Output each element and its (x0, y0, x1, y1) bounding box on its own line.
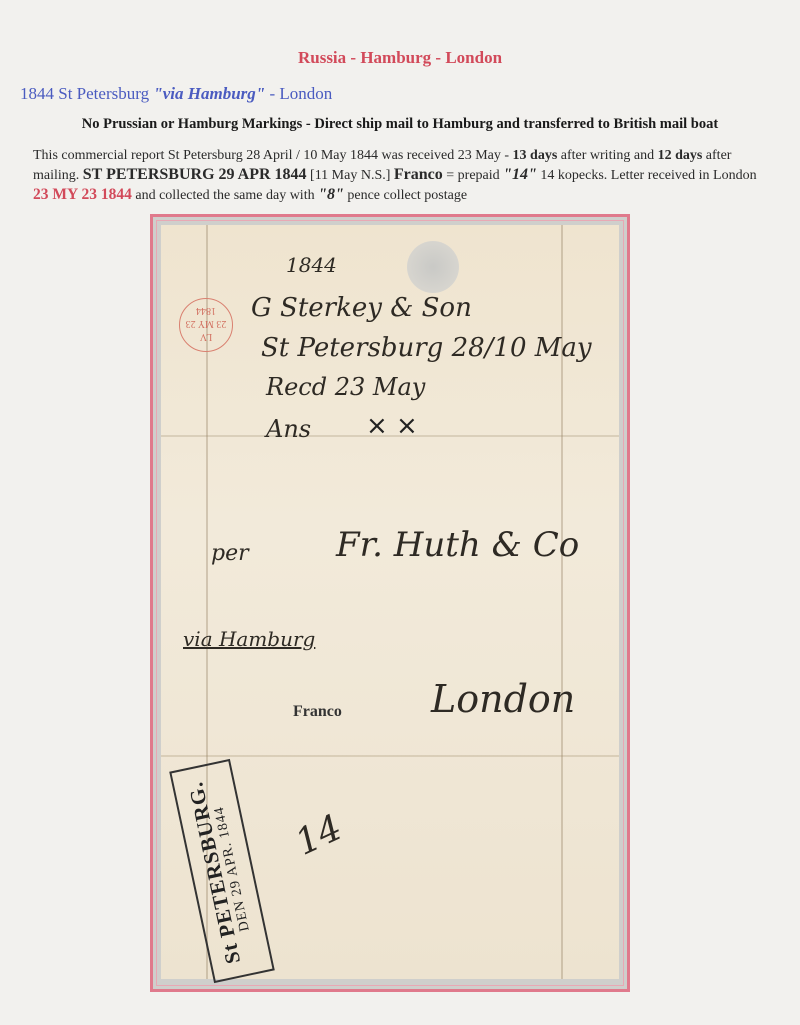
desc-text: [11 May N.S.] (310, 168, 390, 183)
address-via: via Hamburg (183, 627, 315, 651)
description-paragraph: This commercial report St Petersburg 28 … (33, 146, 773, 205)
wax-seal-mark (407, 241, 459, 293)
desc-franco: Franco (394, 166, 443, 183)
franco-stamp: Franco (293, 703, 342, 721)
subtitle-suffix: - London (270, 84, 333, 103)
st-petersburg-box-stamp: St PETERSBURG. DEN 29 APR. 1844 (169, 759, 275, 983)
desc-text: 14 kopecks. Letter received in London (540, 168, 756, 183)
address-name: Fr. Huth & Co (336, 525, 579, 565)
desc-days-mailing: 12 days (658, 148, 703, 163)
desc-text: This commercial report St Petersburg 28 … (33, 148, 509, 163)
docket-year: 1844 (286, 253, 337, 277)
desc-postmark: ST PETERSBURG 29 APR 1844 (83, 166, 307, 183)
desc-days-writing: 13 days (513, 148, 558, 163)
x-marks: × × (366, 411, 418, 441)
desc-text: = prepaid (446, 168, 499, 183)
page-title: Russia - Hamburg - London (0, 48, 800, 68)
red-mark-line: 23 MY 23 (180, 317, 232, 330)
desc-text: pence collect postage (347, 188, 467, 203)
london-receiving-mark: LV 23 MY 23 1844 (179, 298, 233, 352)
fold-line (161, 755, 619, 757)
desc-rate-prepaid: "14" (503, 166, 537, 183)
address-city: London (431, 677, 575, 721)
cover-frame: LV 23 MY 23 1844 1844 G Sterkey & Son St… (150, 214, 630, 992)
box-stamp-text: St PETERSBURG. DEN 29 APR. 1844 (184, 776, 260, 965)
desc-london-mark: 23 MY 23 1844 (33, 186, 132, 203)
red-mark-line: LV (180, 330, 232, 343)
docket-received: Recd 23 May (266, 373, 425, 401)
cover-subtitle: 1844 St Petersburg "via Hamburg" - Londo… (20, 84, 332, 104)
red-mark-line: 1844 (180, 304, 232, 317)
docket-sender: G Sterkey & Son (251, 293, 472, 323)
address-per: per (211, 541, 249, 566)
letter-cover-image: LV 23 MY 23 1844 1844 G Sterkey & Son St… (161, 225, 619, 979)
intro-heading: No Prussian or Hamburg Markings - Direct… (0, 116, 800, 133)
desc-text: and collected the same day with (135, 188, 314, 203)
subtitle-italic: "via Hamburg" (153, 84, 265, 103)
docket-place: St Petersburg 28/10 May (261, 333, 592, 363)
desc-rate-collect: "8" (318, 186, 344, 203)
desc-text: after writing and (561, 148, 654, 163)
docket-ans: Ans (266, 415, 311, 443)
subtitle-prefix: 1844 St Petersburg (20, 84, 149, 103)
rate-manuscript: 14 (289, 807, 348, 864)
